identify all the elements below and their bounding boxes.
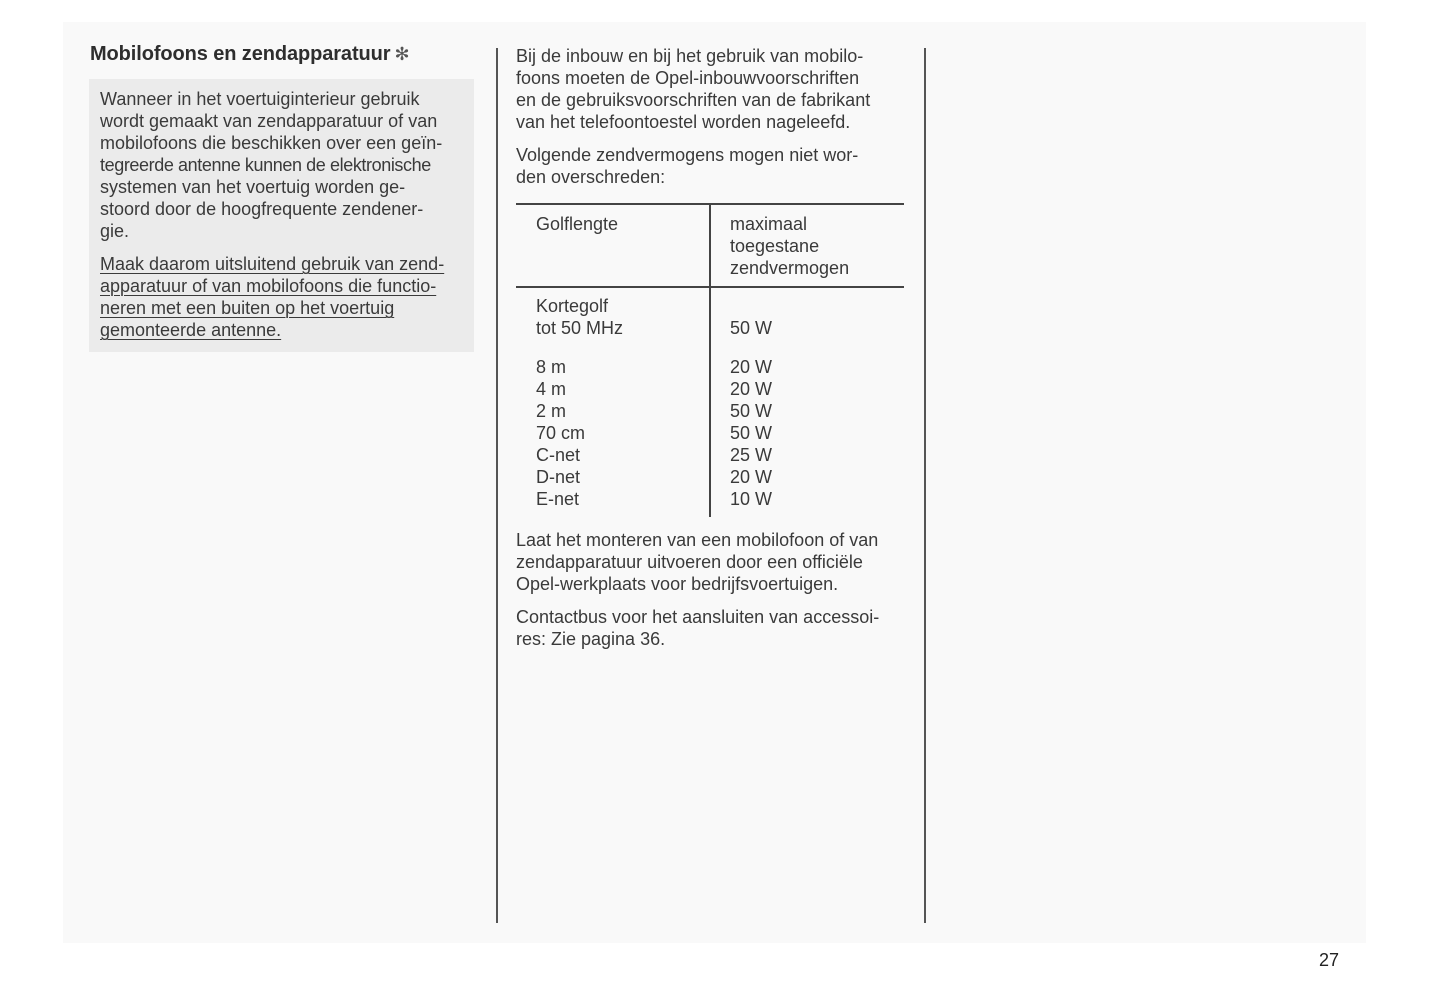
cell-power: 50 W bbox=[710, 422, 904, 444]
warning-line: gemonteerde antenne. bbox=[100, 320, 281, 340]
cell-line: 50 W bbox=[730, 318, 772, 338]
cell-wavelength: C-net bbox=[516, 444, 710, 466]
section-title: Mobilofoons en zendapparatuur bbox=[90, 43, 390, 65]
warning-line: apparatuur of van mobilofoons die functi… bbox=[100, 276, 436, 296]
column-2-outro: Laat het monteren van een mobilofoon of … bbox=[516, 529, 916, 661]
notice-line: gie. bbox=[100, 221, 129, 241]
cell-wavelength: 70 cm bbox=[516, 422, 710, 444]
cell-power: 10 W bbox=[710, 488, 904, 510]
column-divider-left bbox=[496, 48, 498, 923]
notice-line: tegreerde antenne kunnen de elektronisch… bbox=[100, 155, 431, 175]
text-line: Laat het monteren van een mobilofoon of … bbox=[516, 530, 878, 550]
text-line: zendapparatuur uitvoeren door een offici… bbox=[516, 552, 863, 572]
cell-wavelength: D-net bbox=[516, 466, 710, 488]
mounting-paragraph: Laat het monteren van een mobilofoon of … bbox=[516, 529, 916, 595]
text-line: Bij de inbouw en bij het gebruik van mob… bbox=[516, 46, 863, 66]
cell-power: 25 W bbox=[710, 444, 904, 466]
header-line: zendvermogen bbox=[730, 258, 849, 278]
header-wavelength: Golflengte bbox=[516, 213, 710, 279]
cell-power: 20 W bbox=[710, 356, 904, 378]
text-line: Volgende zendvermogens mogen niet wor- bbox=[516, 145, 858, 165]
header-line: maximaal bbox=[730, 214, 807, 234]
notice-line: wordt gemaakt van zendapparatuur of van bbox=[100, 111, 437, 131]
cell-wavelength: 4 m bbox=[516, 378, 710, 400]
header-line: toegestane bbox=[730, 236, 819, 256]
cell-power: 50 W bbox=[710, 400, 904, 422]
installation-paragraph: Bij de inbouw en bij het gebruik van mob… bbox=[516, 45, 916, 133]
cell-power: 20 W bbox=[710, 378, 904, 400]
table-column-divider bbox=[709, 203, 711, 517]
text-line: foons moeten de Opel-inbouwvoorschriften bbox=[516, 68, 859, 88]
column-divider-right bbox=[924, 48, 926, 923]
header-max-power: maximaal toegestane zendvermogen bbox=[710, 213, 904, 279]
text-line: res: Zie pagina 36. bbox=[516, 629, 665, 649]
text-line: en de gebruiksvoorschriften van de fabri… bbox=[516, 90, 870, 110]
warning-paragraph: Maak daarom uitsluitend gebruik van zend… bbox=[100, 253, 470, 341]
notice-box: Wanneer in het voertuiginterieur gebruik… bbox=[89, 79, 474, 352]
socket-paragraph: Contactbus voor het aansluiten van acces… bbox=[516, 606, 916, 650]
snowflake-asterisk-icon: ✻ bbox=[394, 44, 409, 64]
section-heading: Mobilofoons en zendapparatuur✻ bbox=[90, 43, 409, 66]
limits-paragraph: Volgende zendvermogens mogen niet wor- d… bbox=[516, 144, 916, 188]
cell-wavelength: Kortegolf tot 50 MHz bbox=[516, 295, 710, 339]
text-line: Contactbus voor het aansluiten van acces… bbox=[516, 607, 879, 627]
page-number: 27 bbox=[1319, 950, 1339, 971]
text-line: van het telefoontoestel worden nageleefd… bbox=[516, 112, 850, 132]
warning-line: Maak daarom uitsluitend gebruik van zend… bbox=[100, 254, 444, 274]
cell-wavelength: 2 m bbox=[516, 400, 710, 422]
notice-paragraph: Wanneer in het voertuiginterieur gebruik… bbox=[100, 88, 470, 242]
notice-line: stoord door de hoogfrequente zendener- bbox=[100, 199, 423, 219]
cell-power: 20 W bbox=[710, 466, 904, 488]
text-line: den overschreden: bbox=[516, 167, 665, 187]
column-2-intro: Bij de inbouw en bij het gebruik van mob… bbox=[516, 45, 916, 199]
text-line: Opel-werkplaats voor bedrijfsvoertuigen. bbox=[516, 574, 838, 594]
cell-wavelength: E-net bbox=[516, 488, 710, 510]
cell-line: tot 50 MHz bbox=[536, 318, 623, 338]
warning-line: neren met een buiten op het voertuig bbox=[100, 298, 394, 318]
cell-line: Kortegolf bbox=[536, 296, 608, 316]
notice-line: mobilofoons die beschikken over een geïn… bbox=[100, 133, 442, 153]
notice-line: Wanneer in het voertuiginterieur gebruik bbox=[100, 89, 420, 109]
notice-line: systemen van het voertuig worden ge- bbox=[100, 177, 405, 197]
cell-power: 50 W bbox=[710, 295, 904, 339]
cell-wavelength: 8 m bbox=[516, 356, 710, 378]
